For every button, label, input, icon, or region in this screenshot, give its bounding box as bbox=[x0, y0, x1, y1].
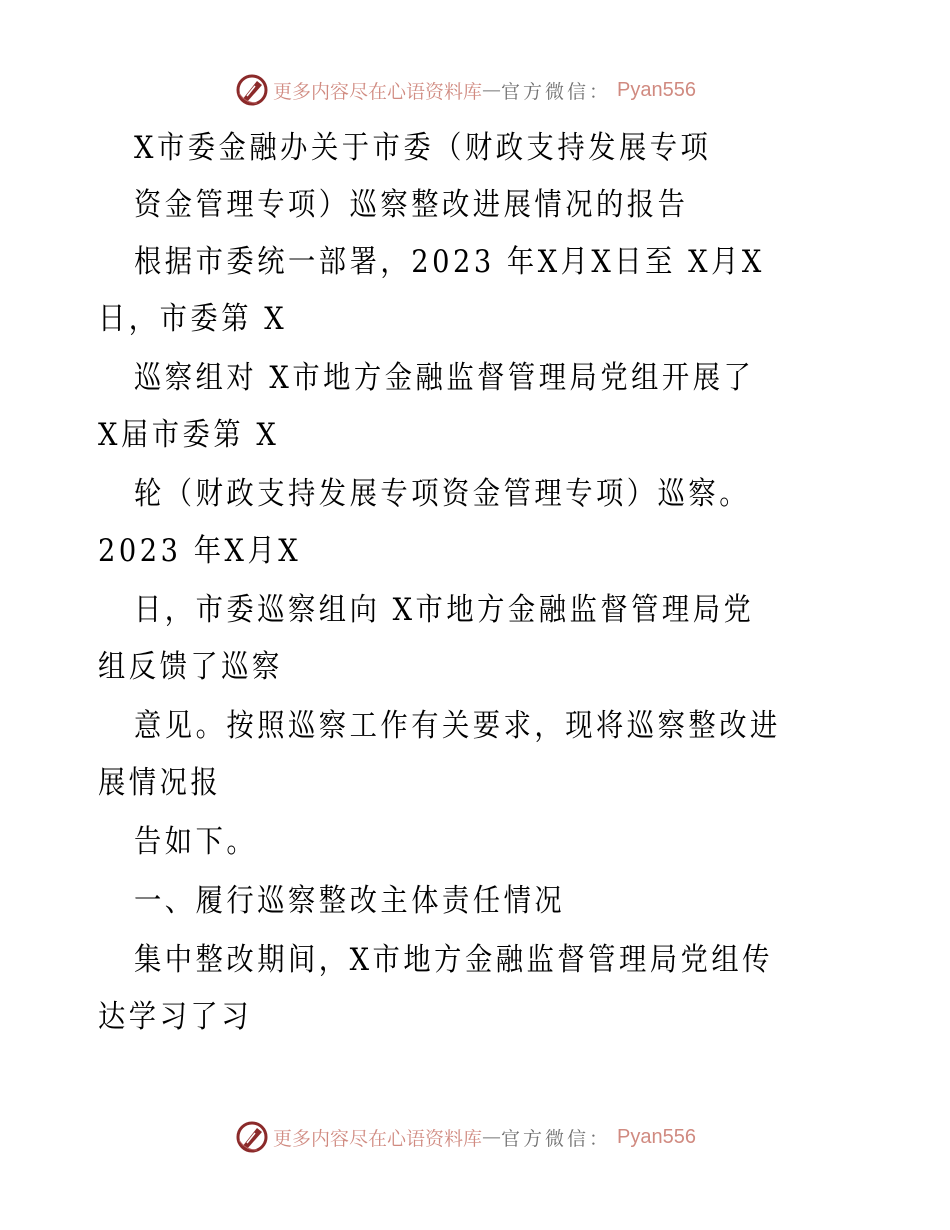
watermark-contact-id: Pyan556 bbox=[617, 1126, 696, 1149]
paragraph-line: 意见。按照巡察工作有关要求，现将巡察整改进 bbox=[134, 706, 781, 746]
document-page: 更多内容尽在心语资料库 — 官方微信： Pyan556 X市委金融办关于市委（财… bbox=[0, 0, 950, 1230]
paragraph-line: 巡察组对 X市地方金融监督管理局党组开展了 bbox=[134, 358, 754, 398]
watermark-brand-text: 更多内容尽在心语资料库 bbox=[273, 1124, 482, 1151]
paragraph-line: 告如下。 bbox=[134, 822, 257, 862]
footer-watermark: 更多内容尽在心语资料库 — 官方微信： Pyan556 bbox=[235, 1117, 696, 1157]
quill-pen-logo-icon bbox=[235, 1120, 269, 1154]
watermark-contact-label: 官方微信： bbox=[501, 77, 611, 104]
paragraph-line: 集中整改期间，X市地方金融监督管理局党组传 bbox=[134, 940, 773, 980]
paragraph-line: 轮（财政支持发展专项资金管理专项）巡察。 bbox=[134, 474, 750, 514]
watermark-dash: — bbox=[482, 79, 501, 101]
paragraph-line: 展情况报 bbox=[98, 763, 221, 803]
paragraph-line: 组反馈了巡察 bbox=[98, 647, 283, 687]
doc-title-line-1: X市委金融办关于市委（财政支持发展专项 bbox=[134, 128, 711, 168]
header-watermark: 更多内容尽在心语资料库 — 官方微信： Pyan556 bbox=[235, 70, 696, 110]
watermark-contact-id: Pyan556 bbox=[617, 79, 696, 102]
paragraph-line: 2023 年X月X bbox=[98, 531, 301, 571]
quill-pen-logo-icon bbox=[235, 73, 269, 107]
paragraph-line: X届市委第 X bbox=[98, 415, 279, 455]
paragraph-line: 达学习了习 bbox=[98, 997, 252, 1037]
paragraph-line: 根据市委统一部署，2023 年X月X日至 X月X bbox=[134, 242, 765, 282]
doc-title-line-2: 资金管理专项）巡察整改进展情况的报告 bbox=[134, 185, 688, 225]
paragraph-line: 日，市委第 X bbox=[98, 299, 287, 339]
watermark-dash: — bbox=[482, 1126, 501, 1148]
watermark-contact-label: 官方微信： bbox=[501, 1124, 611, 1151]
watermark-brand-text: 更多内容尽在心语资料库 bbox=[273, 77, 482, 104]
paragraph-line: 日，市委巡察组向 X市地方金融监督管理局党 bbox=[134, 590, 754, 630]
section-heading: 一、履行巡察整改主体责任情况 bbox=[134, 881, 565, 921]
